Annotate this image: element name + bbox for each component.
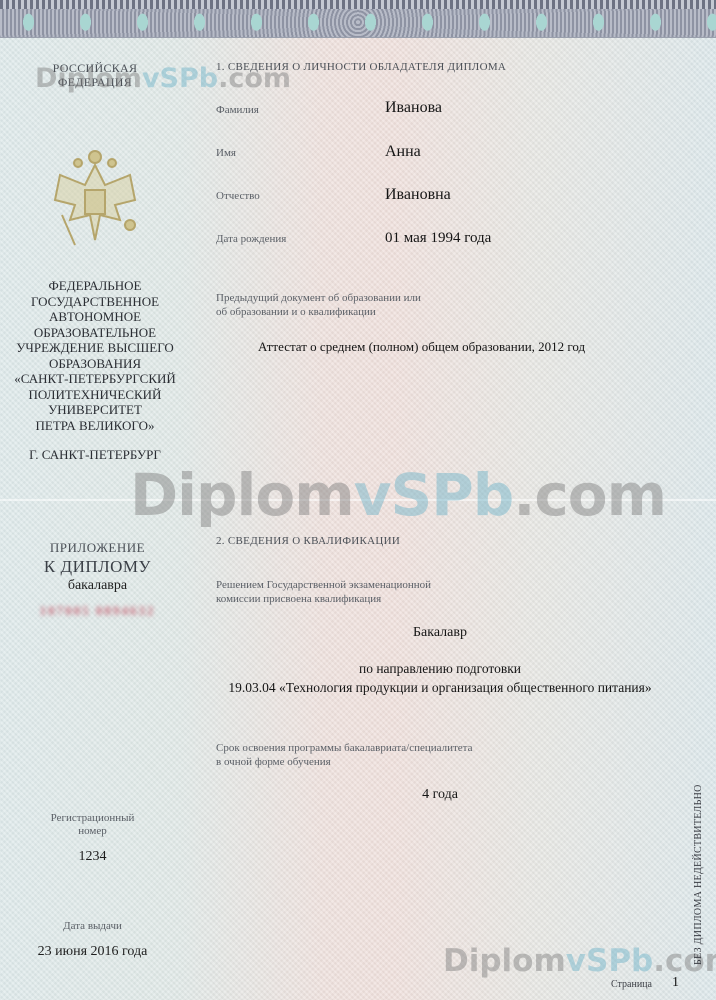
watermark-bottom: DiplomvSPb.com (443, 943, 716, 979)
institution-line: ПЕТРА ВЕЛИКОГО» (0, 418, 195, 434)
previous-document-label: Предыдущий документ об образовании или о… (216, 291, 421, 319)
institution-line: УЧРЕЖДЕНИЕ ВЫСШЕГО (0, 340, 195, 356)
previous-document-value: Аттестат о среднем (полном) общем образо… (258, 339, 585, 355)
appendix-line-1: ПРИЛОЖЕНИЕ (0, 540, 195, 556)
study-term-value: 4 года (200, 787, 680, 803)
study-term-label-1: Срок освоения программы бакалавриата/спе… (216, 741, 473, 755)
section-2-title: 2. СВЕДЕНИЯ О КВАЛИФИКАЦИИ (216, 535, 400, 547)
patronymic-value: Ивановна (385, 186, 451, 204)
previous-document-label-2: об образовании и о квалификации (216, 305, 421, 319)
name-value: Анна (385, 143, 421, 161)
birth-date-label: Дата рождения (216, 233, 286, 245)
coat-of-arms-icon (40, 145, 150, 255)
institution-line: ПОЛИТЕХНИЧЕСКИЙ (0, 387, 195, 403)
patronymic-label: Отчество (216, 190, 260, 202)
qualification-value: Бакалавр (200, 625, 680, 641)
previous-document-label-1: Предыдущий документ об образовании или (216, 291, 421, 305)
institution-line: АВТОНОМНОЕ (0, 309, 195, 325)
institution-line: ГОСУДАРСТВЕННОЕ (0, 294, 195, 310)
appendix-line-2: К ДИПЛОМУ (0, 557, 195, 577)
institution-line: УНИВЕРСИТЕТ (0, 402, 195, 418)
watermark-top: DiplomvSPb.com (35, 63, 291, 94)
issue-date-label: Дата выдачи (0, 920, 185, 932)
commission-decision: Решением Государственной экзаменационной… (216, 578, 431, 606)
surname-value: Иванова (385, 99, 442, 117)
issue-date-block: Дата выдачи 23 июня 2016 года (0, 920, 185, 960)
vertical-validity-note: БЕЗ ДИПЛОМА НЕДЕЙСТВИТЕЛЬНО (693, 784, 704, 965)
degree-type: бакалавра (0, 578, 195, 594)
registration-block: Регистрационный номер 1234 (0, 812, 185, 865)
blank-serial-number: 107005 0894632 (25, 603, 170, 619)
commission-decision-1: Решением Государственной экзаменационной (216, 578, 431, 592)
institution-line: «САНКТ-ПЕТЕРБУРГСКИЙ (0, 371, 195, 387)
study-term-label-2: в очной форме обучения (216, 755, 473, 769)
issue-date: 23 июня 2016 года (0, 944, 185, 960)
direction-label: по направлению подготовки (200, 661, 680, 677)
page-label: Страница (611, 979, 652, 990)
institution-line: ОБРАЗОВАТЕЛЬНОЕ (0, 325, 195, 341)
surname-label: Фамилия (216, 104, 259, 116)
registration-number: 1234 (0, 849, 185, 865)
institution-line: ОБРАЗОВАНИЯ (0, 356, 195, 372)
registration-label-2: номер (0, 825, 185, 837)
institution-line: ФЕДЕРАЛЬНОЕ (0, 278, 195, 294)
institution-name: ФЕДЕРАЛЬНОЕ ГОСУДАРСТВЕННОЕ АВТОНОМНОЕ О… (0, 278, 195, 433)
registration-label-1: Регистрационный (0, 812, 185, 824)
decorative-border (0, 0, 716, 38)
page-number: 1 (672, 975, 679, 991)
name-label: Имя (216, 147, 236, 159)
appendix-title: ПРИЛОЖЕНИЕ К ДИПЛОМУ бакалавра (0, 540, 195, 594)
commission-decision-2: комиссии присвоена квалификация (216, 592, 431, 606)
study-term-label: Срок освоения программы бакалавриата/спе… (216, 741, 473, 769)
birth-date-value: 01 мая 1994 года (385, 230, 491, 247)
direction-value: 19.03.04 «Технология продукции и организ… (200, 680, 680, 696)
watermark-center: DiplomvSPb.com (130, 461, 666, 529)
